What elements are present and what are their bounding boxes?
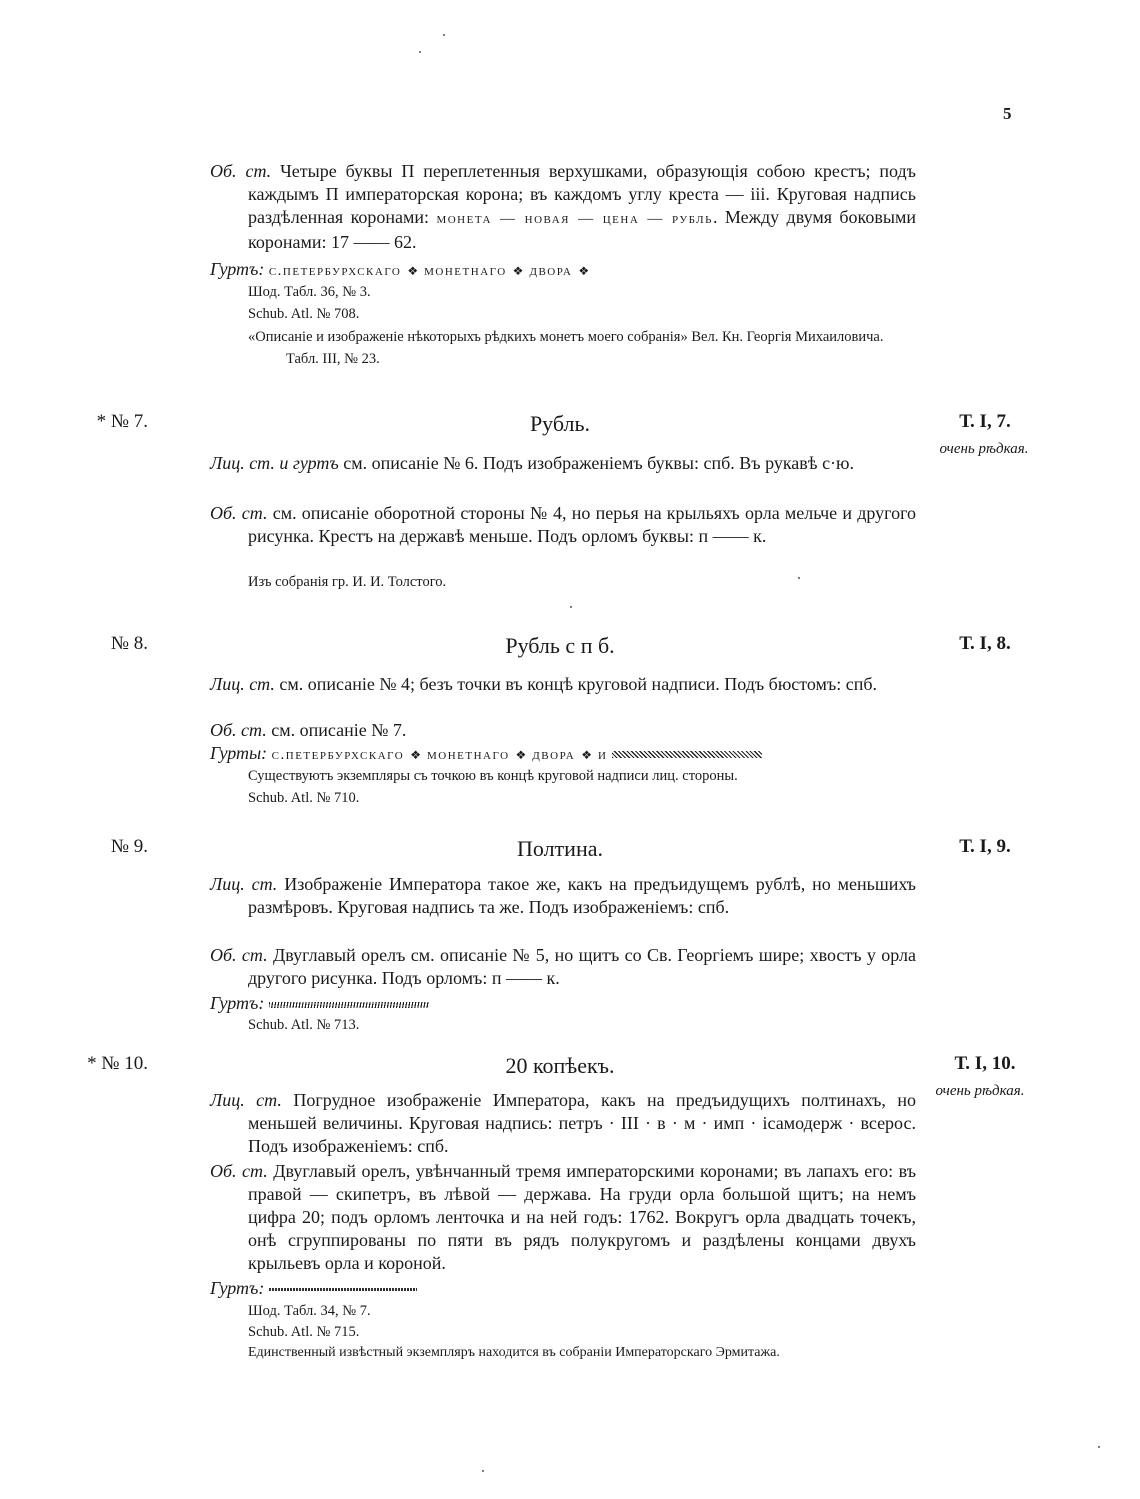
- reference: Шод. Табл. 34, № 7.: [248, 1301, 878, 1323]
- entry-number: * № 10.: [58, 1053, 148, 1075]
- edge-suffix: и: [598, 747, 607, 763]
- para-text: см. описаніе оборотной стороны № 4, но п…: [248, 503, 916, 546]
- para-label: Об. ст.: [210, 720, 267, 740]
- entry-paragraph: Лиц. ст. Изображеніе Императора такое же…: [210, 873, 916, 919]
- entry-paragraph: Лиц. ст. см. описаніе № 4; безъ точки въ…: [210, 673, 916, 696]
- edge-label: Гуртъ:: [210, 1278, 264, 1298]
- edge-label: Гуртъ:: [210, 259, 264, 279]
- obverse-label: Об. ст.: [210, 161, 271, 181]
- edge-label: Гуртъ:: [210, 993, 264, 1013]
- rarity-note: очень рѣдкая.: [932, 1082, 1028, 1101]
- entry-title: Полтина.: [360, 836, 760, 862]
- para-label: Об. ст.: [210, 1161, 268, 1181]
- plate-reference: Т. I, 10.: [930, 1053, 1040, 1075]
- scan-speck: [570, 606, 572, 608]
- para-label: Лиц. ст. и гуртъ: [210, 453, 339, 473]
- legend-caps: монета — новая — цена — рубль: [436, 211, 713, 227]
- edge-description: Гуртъ:: [210, 992, 878, 1015]
- edge-label: Гурты:: [210, 743, 267, 763]
- para-text: Изображеніе Императора такое же, какъ на…: [248, 874, 916, 917]
- ornament-icon: ❖: [404, 748, 427, 762]
- para-label: Об. ст.: [210, 503, 267, 523]
- edge-description: Гуртъ:: [210, 1277, 878, 1300]
- entry-paragraph: Об. ст. см. описаніе № 7.: [210, 719, 916, 742]
- reference: Schub. Atl. № 713.: [248, 1015, 878, 1037]
- entry-title: Рубль с п б.: [360, 633, 760, 659]
- edge-part: с.петербурхскаго: [272, 747, 405, 763]
- plate-reference: Т. I, 7.: [930, 411, 1040, 433]
- ornament-icon: ❖: [510, 748, 533, 762]
- scan-speck: [1098, 1446, 1100, 1448]
- entry-title: Рубль.: [360, 411, 760, 437]
- edge-part: монетнаго: [424, 263, 507, 279]
- para-label: Лиц. ст.: [210, 674, 275, 694]
- entry-paragraph: Об. ст. Двуглавый орелъ, увѣнчанный трем…: [210, 1160, 916, 1275]
- edge-description: Гурты: с.петербурхскаго❖монетнаго❖двора❖…: [210, 742, 878, 767]
- reference: Schub. Atl. № 708.: [248, 304, 878, 326]
- diagonal-edge-pattern-icon: [269, 1002, 429, 1008]
- para-text: см. описаніе № 7.: [267, 720, 407, 740]
- para-text: Двуглавый орелъ см. описаніе № 5, но щит…: [248, 945, 916, 988]
- para-text: Двуглавый орелъ, увѣнчанный тремя импера…: [248, 1161, 916, 1273]
- reference: «Описаніе и изображеніе нѣкоторыхъ рѣдки…: [248, 327, 916, 370]
- scan-speck: [798, 577, 800, 579]
- entry-paragraph: Лиц. ст. Погрудное изображеніе Император…: [210, 1089, 916, 1158]
- para-text: см. описаніе № 6. Подъ изображеніемъ бук…: [339, 453, 854, 473]
- edge-part: двора: [532, 747, 575, 763]
- entry-number: № 8.: [58, 633, 148, 655]
- diagonal-edge-pattern-icon: [612, 751, 762, 758]
- entry-number: № 9.: [58, 836, 148, 858]
- reference: Schub. Atl. № 715.: [248, 1322, 878, 1344]
- page-number: 5: [1003, 104, 1012, 124]
- plate-reference: Т. I, 8.: [930, 633, 1040, 655]
- scan-speck: [443, 34, 445, 36]
- para-label: Лиц. ст.: [210, 874, 277, 894]
- para-label: Лиц. ст.: [210, 1090, 282, 1110]
- edge-part: монетнаго: [427, 747, 510, 763]
- para-text: см. описаніе № 4; безъ точки въ концѣ кр…: [275, 674, 877, 694]
- continuation-obverse: Об. ст. Четыре буквы П переплетенныя вер…: [210, 160, 916, 254]
- para-label: Об. ст.: [210, 945, 268, 965]
- ornament-icon: ❖: [401, 264, 424, 278]
- reference: Schub. Atl. № 710.: [248, 788, 878, 810]
- reference: Единственный извѣстный экземпляръ находи…: [248, 1342, 878, 1364]
- entry-paragraph: Об. ст. см. описаніе оборотной стороны №…: [210, 502, 916, 548]
- reference: Изъ собранія гр. И. И. Толстого.: [248, 572, 878, 594]
- para-text: Погрудное изображеніе Императора, какъ н…: [248, 1090, 916, 1156]
- edge-part: с.петербурхскаго: [269, 263, 402, 279]
- rarity-note: очень рѣдкая.: [936, 440, 1032, 459]
- ornament-icon: ❖: [507, 264, 530, 278]
- entry-paragraph: Лиц. ст. и гуртъ см. описаніе № 6. Подъ …: [210, 452, 916, 475]
- ornament-icon: ❖: [572, 264, 595, 278]
- plate-reference: Т. I, 9.: [930, 836, 1040, 858]
- reference: Существуютъ экземпляры съ точкою въ конц…: [248, 766, 878, 788]
- wavy-edge-pattern-icon: [269, 1288, 417, 1291]
- edge-part: двора: [529, 263, 572, 279]
- ornament-icon: ❖: [575, 748, 598, 762]
- scan-speck: [482, 1470, 484, 1472]
- entry-number: * № 7.: [58, 411, 148, 433]
- entry-title: 20 копѣекъ.: [360, 1053, 760, 1079]
- scan-speck: [419, 51, 421, 53]
- reference: Шод. Табл. 36, № 3.: [248, 282, 878, 304]
- continuation-edge: Гуртъ: с.петербурхскаго❖монетнаго❖двора❖: [210, 258, 878, 283]
- entry-paragraph: Об. ст. Двуглавый орелъ см. описаніе № 5…: [210, 944, 916, 990]
